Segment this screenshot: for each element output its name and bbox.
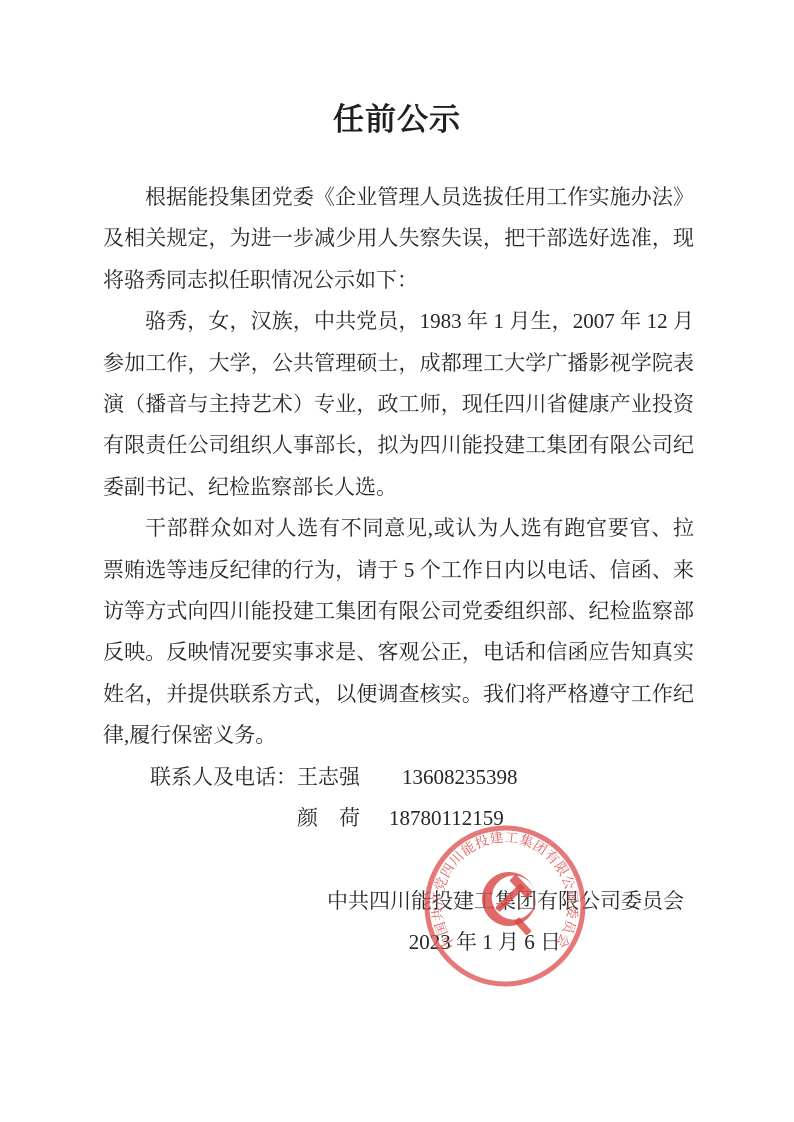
contact-line-1: 联系人及电话：王志强13608235398 — [103, 757, 694, 798]
paragraph-intro: 根据能投集团党委《企业管理人员选拔任用工作实施办法》及相关规定，为进一步减少用人… — [103, 177, 694, 301]
issue-date: 2023 年 1 月 6 日 — [103, 922, 694, 963]
contact-label: 联系人及电话： — [150, 765, 297, 789]
contact-name-1: 王志强 — [297, 765, 360, 789]
contact-line-2: 颜 荷18780112159 — [103, 798, 694, 839]
contact-phone-1: 13608235398 — [402, 765, 518, 789]
document-body: 根据能投集团党委《企业管理人员选拔任用工作实施办法》及相关规定，为进一步减少用人… — [103, 177, 694, 964]
document-page: 任前公示 根据能投集团党委《企业管理人员选拔任用工作实施办法》及相关规定，为进一… — [0, 0, 794, 1122]
contact-phone-2: 18780112159 — [389, 806, 504, 830]
contact-name-2: 颜 荷 — [297, 806, 360, 830]
paragraph-candidate-resume: 骆秀，女，汉族，中共党员，1983 年 1 月生，2007 年 12 月参加工作… — [103, 301, 694, 508]
issuer-signature: 中共四川能投建工集团有限公司委员会 — [103, 881, 694, 922]
paragraph-feedback-instructions: 干部群众如对人选有不同意见,或认为人选有跑官要官、拉票贿选等违反纪律的行为，请于… — [103, 508, 694, 756]
document-title: 任前公示 — [0, 98, 794, 142]
